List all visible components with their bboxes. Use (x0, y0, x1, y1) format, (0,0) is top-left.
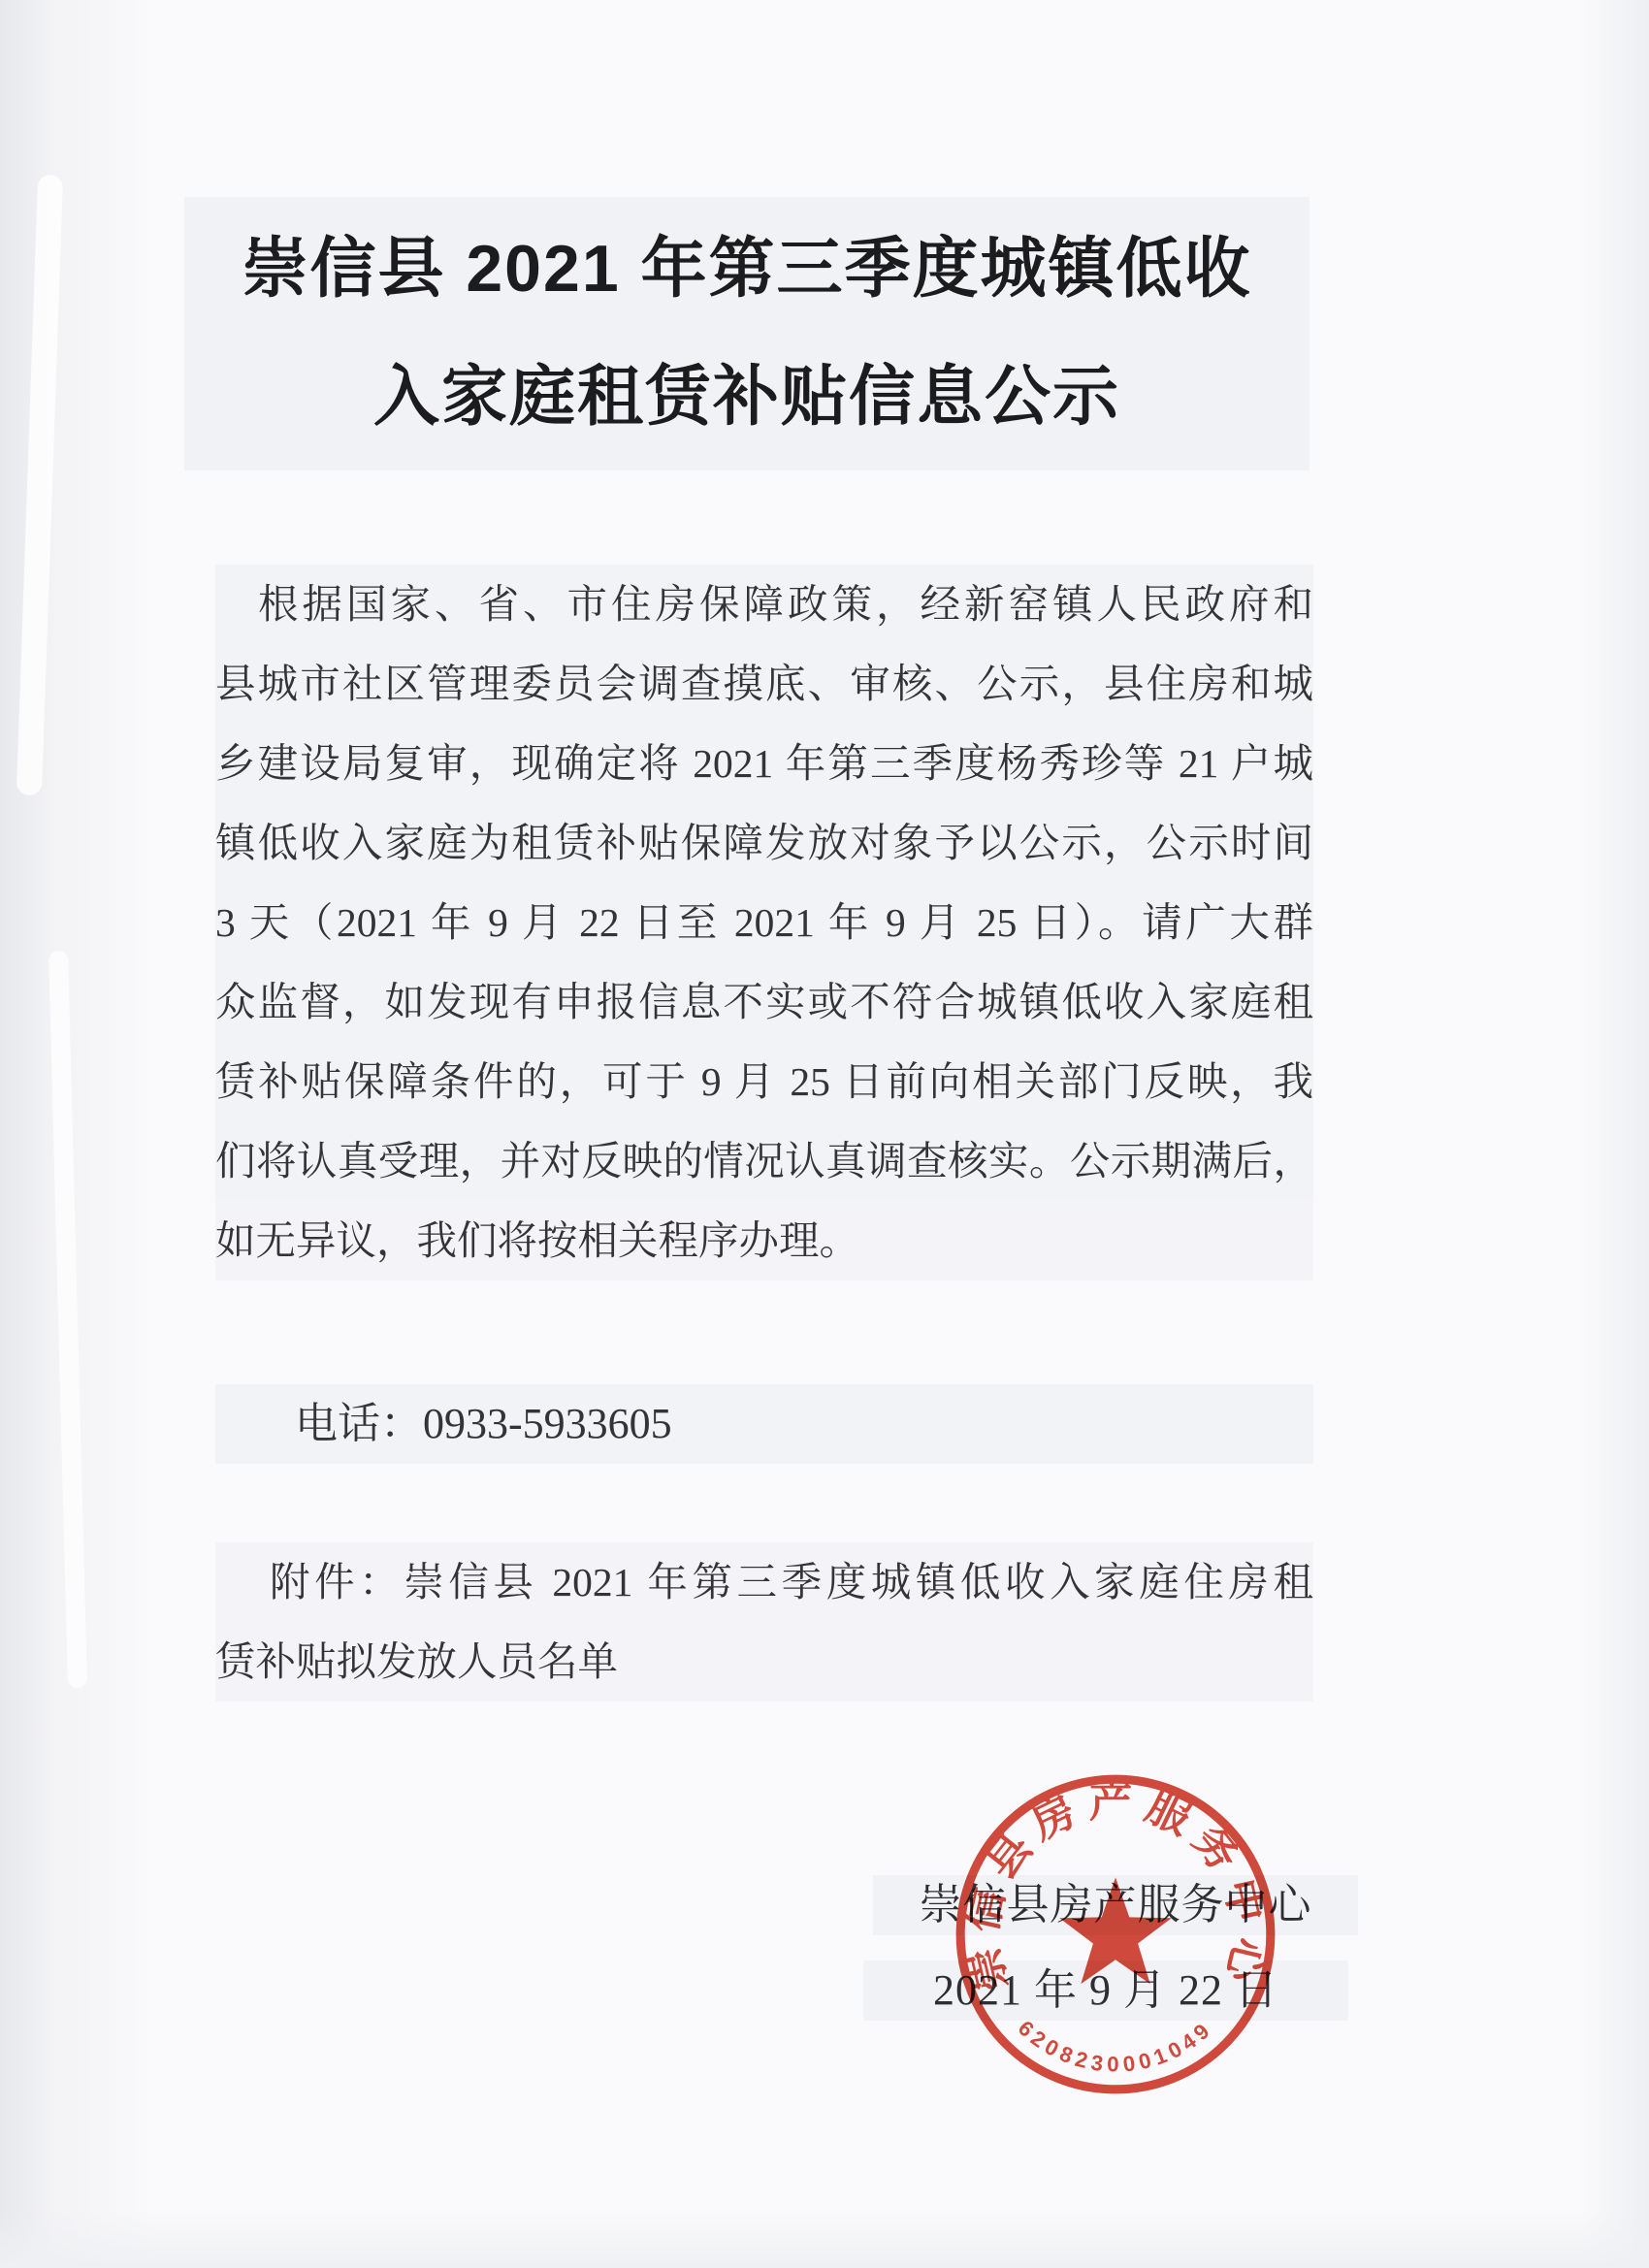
scan-edge-artifact (0, 2210, 1649, 2268)
attachment-note: 附件：崇信县 2021 年第三季度城镇低收入家庭住房租 赁补贴拟发放人员名单 (215, 1542, 1313, 1701)
body-line: 镇低收入家庭为租赁补贴保障发放对象予以公示，公示时间 (215, 803, 1313, 883)
body-line: 根据国家、省、市住房保障政策，经新窑镇人民政府和 (215, 565, 1313, 644)
scan-edge-artifact (1581, 0, 1649, 2268)
title-line-2: 入家庭租赁补贴信息公示 (184, 333, 1309, 461)
body-line: 县城市社区管理委员会调查摸底、审核、公示，县住房和城 (215, 644, 1313, 724)
body-line: 3 天（2021 年 9 月 22 日至 2021 年 9 月 25 日）。请广… (215, 883, 1313, 962)
contact-phone: 电话：0933-5933605 (215, 1384, 1313, 1464)
title-line-1: 崇信县 2021 年第三季度城镇低收 (184, 205, 1309, 333)
seal-star-icon (1059, 1877, 1172, 1984)
body-line: 众监督，如发现有申报信息不实或不符合城镇低收入家庭租 (215, 962, 1313, 1042)
document-body: 根据国家、省、市住房保障政策，经新窑镇人民政府和 县城市社区管理委员会调查摸底、… (215, 565, 1313, 1280)
attachment-line-1: 附件：崇信县 2021 年第三季度城镇低收入家庭住房租 (215, 1542, 1313, 1622)
body-line: 如无异议，我们将按相关程序办理。 (215, 1201, 1313, 1280)
scan-edge-artifact (0, 0, 155, 2268)
body-line: 乡建设局复审，现确定将 2021 年第三季度杨秀珍等 21 户城 (215, 724, 1313, 803)
body-line: 们将认真受理，并对反映的情况认真调查核实。公示期满后， (215, 1121, 1313, 1201)
document-title: 崇信县 2021 年第三季度城镇低收 入家庭租赁补贴信息公示 (184, 197, 1309, 470)
attachment-line-2: 赁补贴拟发放人员名单 (215, 1622, 1313, 1701)
body-line: 赁补贴保障条件的，可于 9 月 25 日前向相关部门反映，我 (215, 1042, 1313, 1121)
scanned-document-page: 崇信县 2021 年第三季度城镇低收 入家庭租赁补贴信息公示 根据国家、省、市住… (0, 0, 1649, 2268)
official-seal: 崇信县房产服务中心 6208230001049 (949, 1767, 1282, 2101)
